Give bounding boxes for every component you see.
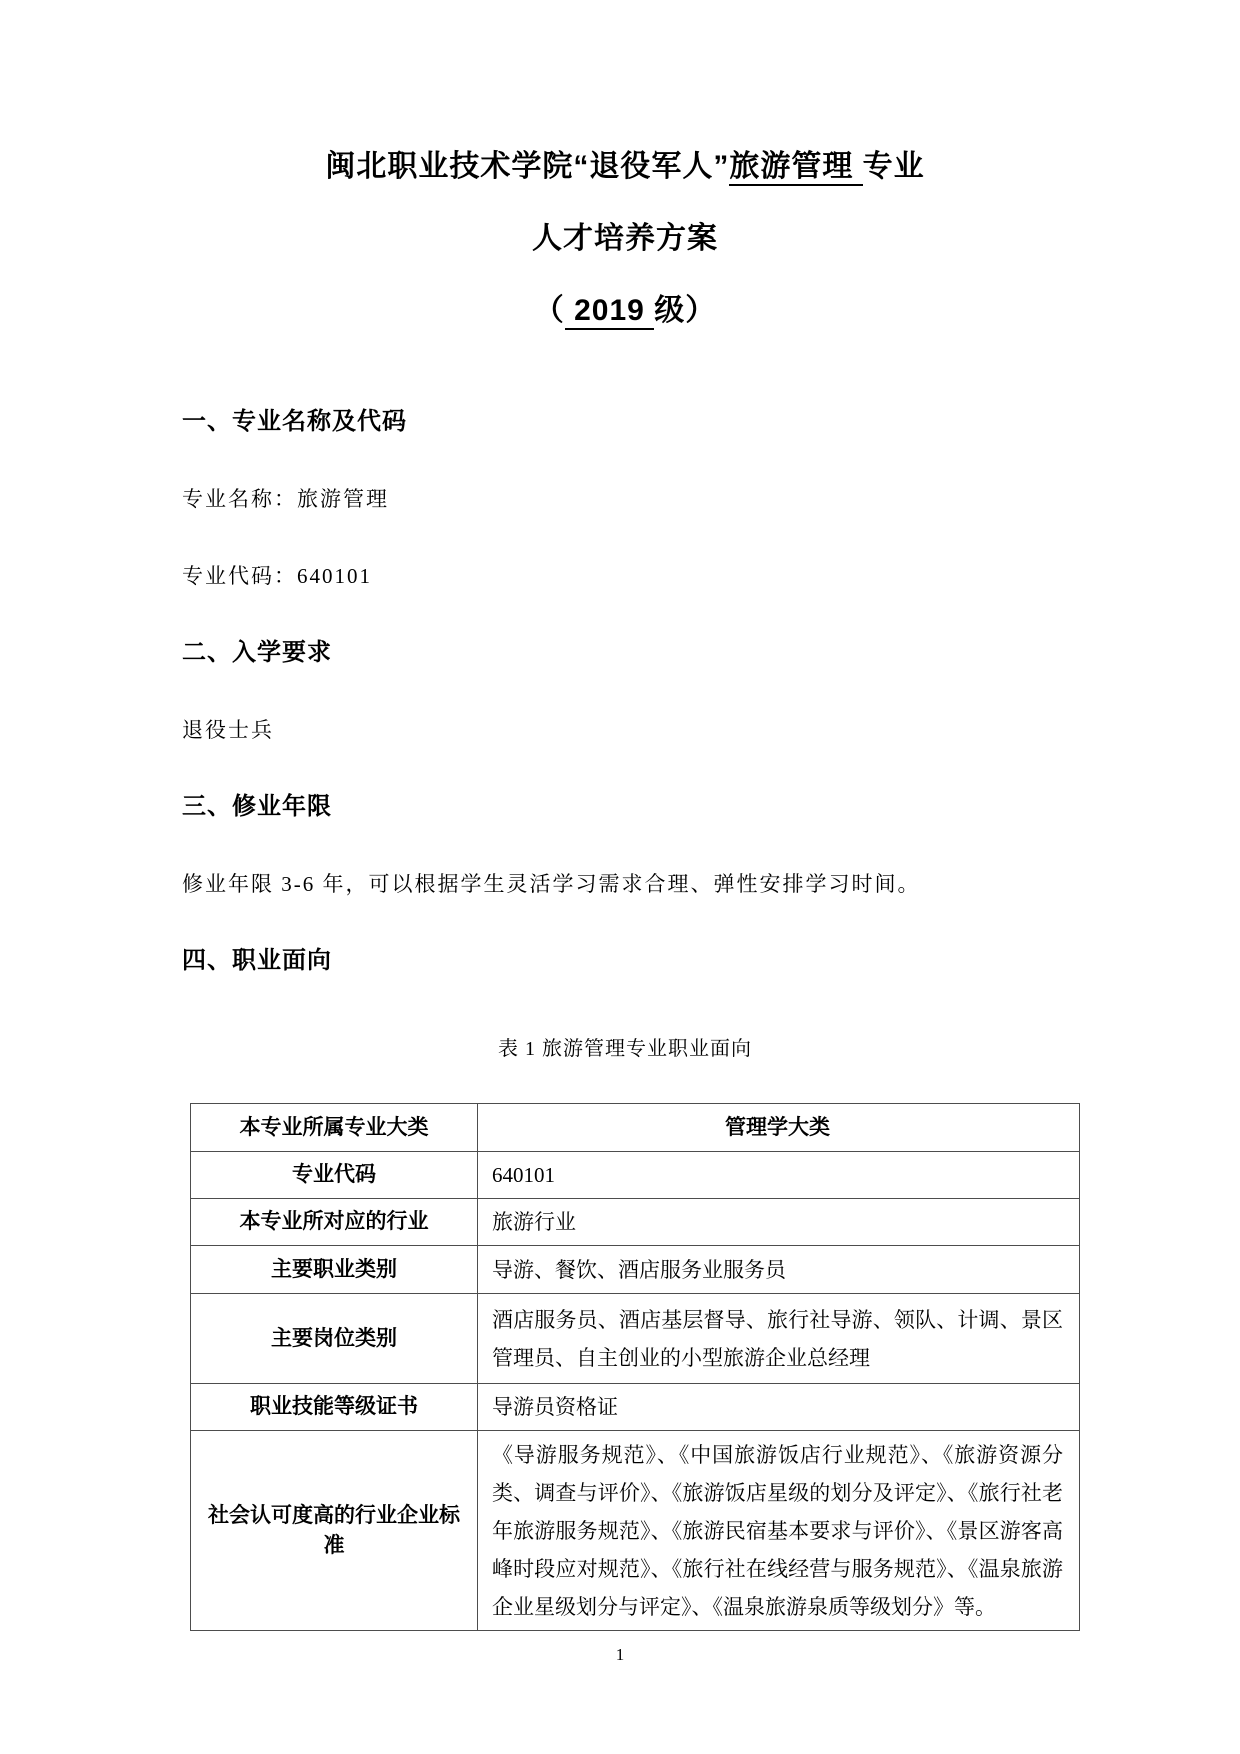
row-label: 社会认可度高的行业企业标准	[191, 1431, 478, 1631]
title-line1-prefix: 闽北职业技术学院“退役军人”	[325, 150, 729, 183]
table-row-skill-certificates: 职业技能等级证书 导游员资格证	[191, 1384, 1080, 1431]
title-line3-close-paren: 级）	[654, 294, 716, 327]
table-row-major-category: 本专业所属专业大类 管理学大类	[191, 1104, 1080, 1152]
page-number: 1	[0, 1645, 1240, 1665]
row-value: 640101	[478, 1152, 1080, 1199]
title-line1-suffix: 专业	[863, 150, 925, 183]
row-value: 管理学大类	[478, 1104, 1080, 1152]
row-value: 导游员资格证	[478, 1384, 1080, 1431]
paragraph-major-name: 专业名称：旅游管理	[182, 485, 1068, 513]
document-title-line1: 闽北职业技术学院“退役军人”旅游管理 专业	[182, 150, 1068, 184]
row-value: 导游、餐饮、酒店服务业服务员	[478, 1246, 1080, 1294]
title-line1-underlined-major: 旅游管理	[729, 150, 862, 186]
row-value: 《导游服务规范》、《中国旅游饭店行业规范》、《旅游资源分类、调查与评价》、《旅游…	[478, 1431, 1080, 1631]
row-label: 本专业所对应的行业	[191, 1199, 478, 1246]
paragraph-study-duration: 修业年限 3-6 年，可以根据学生灵活学习需求合理、弹性安排学习时间。	[182, 870, 1068, 898]
table-row-industry-standards: 社会认可度高的行业企业标准 《导游服务规范》、《中国旅游饭店行业规范》、《旅游资…	[191, 1431, 1080, 1631]
table-row-industry: 本专业所对应的行业 旅游行业	[191, 1199, 1080, 1246]
row-value: 旅游行业	[478, 1199, 1080, 1246]
document-page: 闽北职业技术学院“退役军人”旅游管理 专业 人才培养方案 （ 2019 级） 一…	[0, 0, 1240, 1754]
table-row-major-code: 专业代码 640101	[191, 1152, 1080, 1199]
row-label: 主要岗位类别	[191, 1294, 478, 1384]
row-label: 职业技能等级证书	[191, 1384, 478, 1431]
row-label: 专业代码	[191, 1152, 478, 1199]
document-title-line3: （ 2019 级）	[182, 294, 1068, 328]
row-value: 酒店服务员、酒店基层督导、旅行社导游、领队、计调、景区管理员、自主创业的小型旅游…	[478, 1294, 1080, 1384]
career-orientation-table: 本专业所属专业大类 管理学大类 专业代码 640101 本专业所对应的行业 旅游…	[190, 1103, 1080, 1631]
paragraph-major-code: 专业代码：640101	[182, 562, 1068, 590]
title-line3-open-paren: （	[534, 294, 565, 327]
row-label: 本专业所属专业大类	[191, 1104, 478, 1152]
table-row-post-categories: 主要岗位类别 酒店服务员、酒店基层督导、旅行社导游、领队、计调、景区管理员、自主…	[191, 1294, 1080, 1384]
section-heading-career-orientation: 四、职业面向	[182, 947, 1068, 975]
paragraph-admission-requirement: 退役士兵	[182, 716, 1068, 744]
section-heading-major-name-code: 一、专业名称及代码	[182, 408, 1068, 436]
section-heading-admission-requirements: 二、入学要求	[182, 639, 1068, 667]
row-label: 主要职业类别	[191, 1246, 478, 1294]
table-caption: 表 1 旅游管理专业职业面向	[182, 1035, 1068, 1063]
table-row-occupation-categories: 主要职业类别 导游、餐饮、酒店服务业服务员	[191, 1246, 1080, 1294]
section-heading-study-duration: 三、修业年限	[182, 793, 1068, 821]
document-title-line2: 人才培养方案	[182, 222, 1068, 256]
title-line3-underlined-year: 2019	[565, 294, 654, 330]
